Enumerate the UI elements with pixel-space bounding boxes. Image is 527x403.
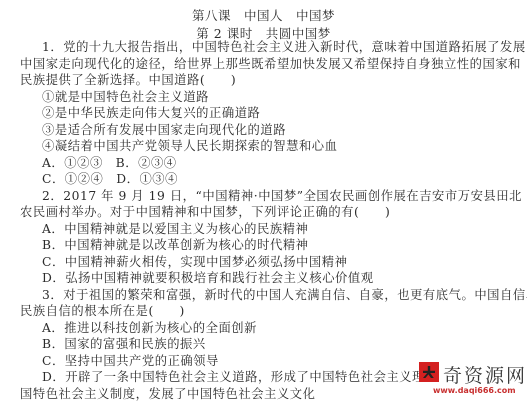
question-1-statement-3: ③是适合所有发展中国家走向现代化的道路 — [42, 122, 286, 138]
question-1-statement-1: ①就是中国特色社会主义道路 — [42, 89, 209, 105]
question-3-option-c: C．坚持中国共产党的正确领导 — [42, 353, 219, 369]
question-3-option-b: B．国家的富强和民族的振兴 — [42, 336, 206, 352]
question-1-options-ab: A．①②③ B．②③④ — [42, 155, 177, 171]
site-url: www.daqi666.com — [433, 386, 516, 395]
question-3-stem-line-2: 民族自信的根本所在是( ) — [20, 303, 185, 319]
site-logo-icon — [419, 362, 439, 382]
site-watermark: 奇资源网 www.daqi666.com — [419, 362, 527, 402]
question-1-options-cd: C．①②④ D．①③④ — [42, 171, 178, 187]
document-page: 第八课 中国人 中国梦 第 2 课时 共圆中国梦 1．党的十九大报告指出，中国特… — [0, 0, 527, 403]
question-3-option-d-line-2: 国特色社会主义制度，发展了中国特色社会主义文化 — [20, 386, 315, 402]
question-2-option-a: A．中国精神就是以爱国主义为核心的民族精神 — [42, 221, 308, 237]
question-1-statement-2: ②是中华民族走向伟大复兴的正确道路 — [42, 105, 260, 121]
question-2-stem-line-2: 农民画村举办。对于中国精神和中国梦，下列评论正确的有( ) — [20, 204, 390, 220]
question-3-option-a: A．推进以科技创新为核心的全面创新 — [42, 320, 257, 336]
question-1-stem-line-1: 1．党的十九大报告指出，中国特色社会主义进入新时代，意味着中国道路拓展了发展 — [42, 39, 526, 55]
site-name: 奇资源网 — [443, 361, 527, 388]
question-3-stem-line-1: 3．对于祖国的繁荣和富强，新时代的中国人充满自信、自豪，也更有底气。中国自信、 — [42, 287, 527, 303]
question-2-option-b: B．中国精神就是以改革创新为核心的时代精神 — [42, 237, 309, 253]
question-1-stem-line-2: 中国家走向现代化的途径，给世界上那些既希望加快发展又希望保持自身独立性的国家和 — [20, 56, 521, 72]
question-2-stem-line-1: 2．2017 年 9 月 19 日，“中国精神·中国梦”全国农民画创作展在吉安市… — [42, 188, 522, 204]
question-1-statement-4: ④凝结着中国共产党领导人民长期探索的智慧和心血 — [42, 138, 337, 154]
question-2-option-d: D．弘扬中国精神就要积极培育和践行社会主义核心价值观 — [42, 270, 374, 286]
question-1-stem-line-3: 民族提供了全新选择。中国道路( ) — [20, 72, 236, 88]
lesson-title: 第八课 中国人 中国梦 — [0, 6, 527, 24]
question-2-option-c: C．中国精神薪火相传，实现中国梦必须弘扬中国精神 — [42, 254, 347, 270]
